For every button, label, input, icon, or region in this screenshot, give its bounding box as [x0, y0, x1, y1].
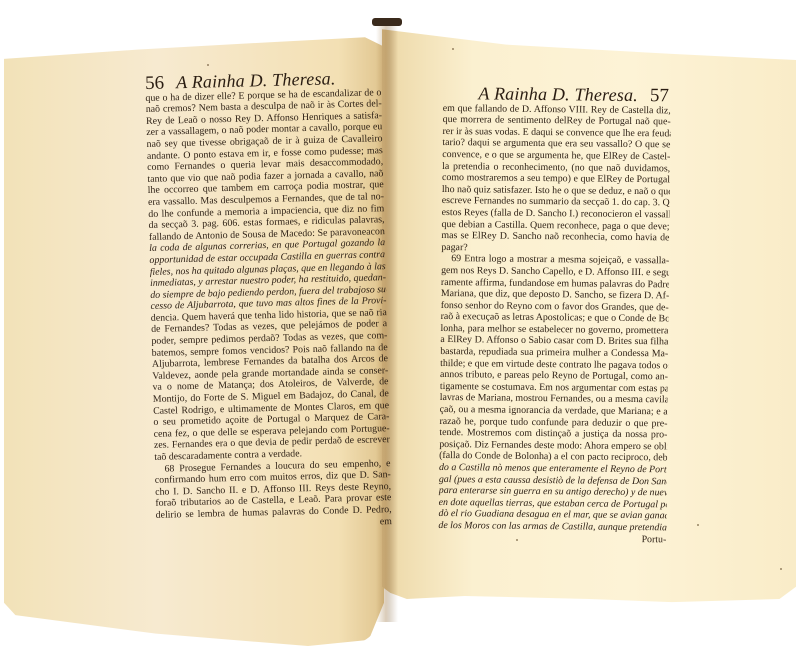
left-page-body: que o ha de dizer elle? E porque se ha d…	[145, 87, 392, 533]
open-book-photo: 56 A Rainha D. Theresa. que o ha de dize…	[0, 0, 800, 659]
text-line: mas se ElRey D. Sancho naõ reconhecia, c…	[441, 230, 669, 244]
paper-speck	[452, 48, 454, 50]
right-running-head: A Rainha D. Theresa. 57	[443, 88, 671, 102]
page-number: 56	[145, 78, 164, 90]
paper-speck	[697, 524, 699, 526]
right-page-body: em que fallando de D. Affonso VIII. Rey …	[438, 103, 671, 546]
running-head-title: A Rainha D. Theresa.	[176, 73, 336, 88]
paper-speck	[207, 64, 209, 66]
book-spine-binding	[372, 18, 402, 26]
paper-speck	[780, 568, 782, 570]
running-head-title: A Rainha D. Theresa.	[478, 88, 638, 101]
page-number: 57	[650, 90, 669, 102]
left-page-text: 56 A Rainha D. Theresa. que o ha de dize…	[145, 72, 392, 533]
text-line: de los Moros con las armas de Castilla, …	[438, 520, 666, 534]
text-line: Portu-	[438, 532, 666, 546]
right-page-text: A Rainha D. Theresa. 57 em que fallando …	[438, 88, 671, 546]
